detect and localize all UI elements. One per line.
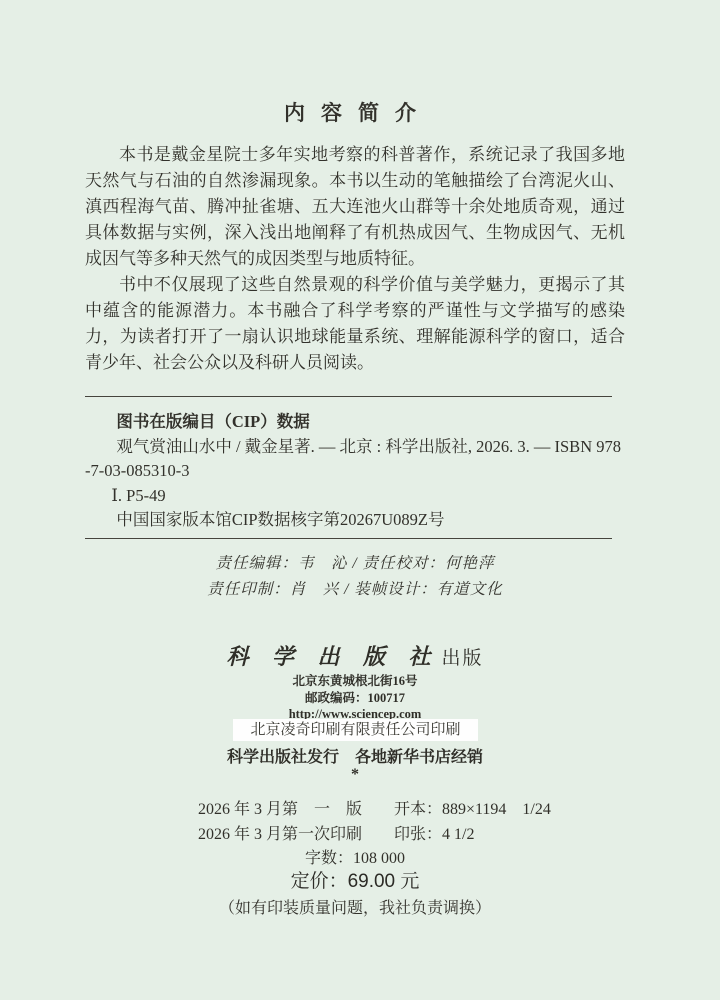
asterisk-separator: * xyxy=(85,766,625,784)
publisher-script-name: 科 学 出 版 社 xyxy=(226,644,439,669)
divider-rule-bottom xyxy=(85,538,612,539)
cip-record-number: 中国国家版本馆CIP数据核字第20267U089Z号 xyxy=(85,508,630,533)
editor-credits-line1: 责任编辑：韦 沁 / 责任校对：何艳萍 xyxy=(85,551,625,577)
cip-entry-line1: 观气赏油山水中 / 戴金星著. — 北京 : 科学出版社, 2026. 3. —… xyxy=(85,435,630,460)
publisher-name-line: 科 学 出 版 社出版 xyxy=(85,640,625,671)
distribution-line: 科学出版社发行 各地新华书店经销 xyxy=(85,744,625,767)
intro-paragraph: 本书是戴金星院士多年实地考察的科普著作，系统记录了我国多地天然气与石油的自然渗漏… xyxy=(85,142,625,272)
publisher-info: 北京东黄城根北街16号 邮政编码：100717 http://www.scien… xyxy=(85,673,625,723)
cip-heading: 图书在版编目（CIP）数据 xyxy=(85,410,630,435)
cip-block: 图书在版编目（CIP）数据 观气赏油山水中 / 戴金星著. — 北京 : 科学出… xyxy=(85,410,630,533)
publisher-postcode: 邮政编码：100717 xyxy=(85,690,625,707)
cip-class-code: Ⅰ. P5-49 xyxy=(85,484,630,509)
intro-title: 内容简介 xyxy=(85,97,615,127)
editor-credits-line2: 责任印制：肖 兴 / 装帧设计：有道文化 xyxy=(85,577,625,603)
intro-paragraph: 书中不仅展现了这些自然景观的科学价值与美学魅力，更揭示了其中蕴含的能源潜力。本书… xyxy=(85,272,625,376)
divider-rule-top xyxy=(85,396,612,397)
intro-body: 本书是戴金星院士多年实地考察的科普著作，系统记录了我国多地天然气与石油的自然渗漏… xyxy=(85,142,625,376)
publish-label: 出版 xyxy=(442,648,484,669)
printing-line: 2026 年 3 月第一次印刷 印张：4 1/2 xyxy=(198,821,474,844)
editor-credits: 责任编辑：韦 沁 / 责任校对：何艳萍 责任印制：肖 兴 / 装帧设计：有道文化 xyxy=(85,551,625,602)
book-copyright-page: 内容简介 本书是戴金星院士多年实地考察的科普著作，系统记录了我国多地天然气与石油… xyxy=(0,0,720,1000)
publisher-address: 北京东黄城根北街16号 xyxy=(85,673,625,690)
quality-notice: （如有印装质量问题，我社负责调换） xyxy=(85,895,625,918)
edition-line: 2026 年 3 月第 一 版 开本：889×1194 1/24 xyxy=(198,796,551,819)
cip-entry-line2: -7-03-085310-3 xyxy=(85,459,630,484)
word-count: 字数：108 000 xyxy=(85,845,625,868)
price: 定价：69.00 元 xyxy=(85,866,625,893)
printer-slip: 北京凌奇印刷有限责任公司印刷 xyxy=(233,719,478,741)
